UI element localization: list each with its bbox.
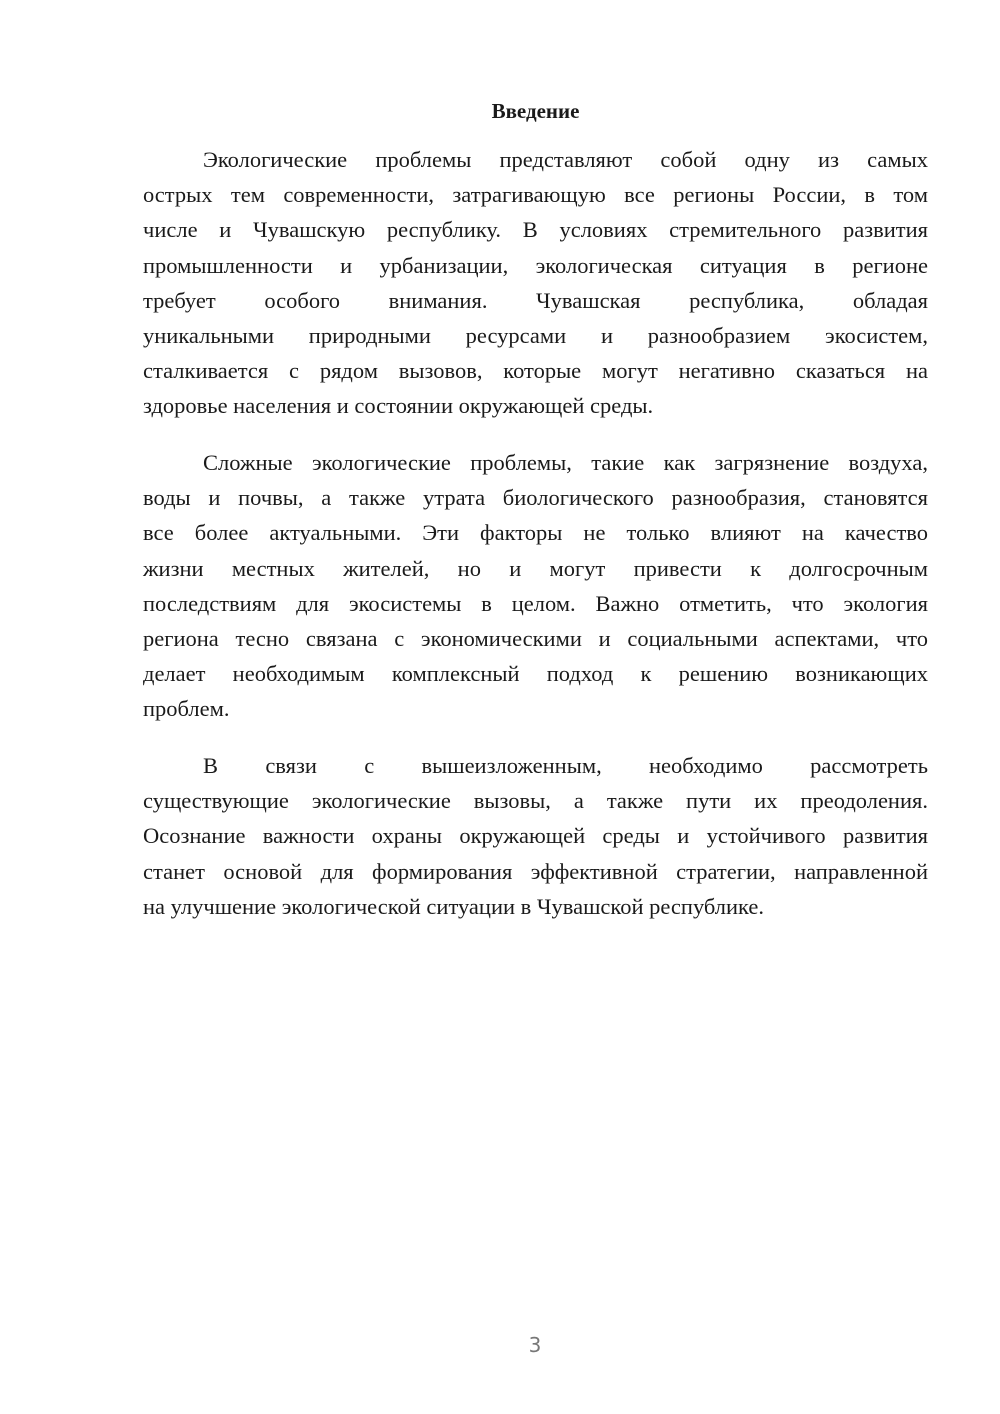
paragraph-line: все более актуальными. Эти факторы не то… bbox=[143, 515, 928, 550]
paragraph-2: Сложные экологические проблемы, такие ка… bbox=[143, 445, 928, 727]
paragraph-line: воды и почвы, а также утрата биологическ… bbox=[143, 480, 928, 515]
paragraph-line: на улучшение экологической ситуации в Чу… bbox=[143, 889, 928, 924]
paragraph-line: Осознание важности охраны окружающей сре… bbox=[143, 818, 928, 853]
paragraph-line: числе и Чувашскую республику. В условиях… bbox=[143, 212, 928, 247]
page-number: 3 bbox=[0, 1333, 1000, 1357]
paragraph-line: проблем. bbox=[143, 691, 928, 726]
paragraph-line: острых тем современности, затрагивающую … bbox=[143, 177, 928, 212]
paragraph-line: промышленности и урбанизации, экологичес… bbox=[143, 248, 928, 283]
paragraph-line: Экологические проблемы представляют собо… bbox=[143, 142, 928, 177]
paragraph-line: существующие экологические вызовы, а так… bbox=[143, 783, 928, 818]
paragraph-line: здоровье населения и состоянии окружающе… bbox=[143, 388, 928, 423]
paragraph-3: В связи с вышеизложенным, необходимо рас… bbox=[143, 748, 928, 924]
paragraph-1: Экологические проблемы представляют собо… bbox=[143, 142, 928, 424]
paragraph-line: В связи с вышеизложенным, необходимо рас… bbox=[143, 748, 928, 783]
paragraph-line: уникальными природными ресурсами и разно… bbox=[143, 318, 928, 353]
paragraph-line: требует особого внимания. Чувашская респ… bbox=[143, 283, 928, 318]
paragraph-line: делает необходимым комплексный подход к … bbox=[143, 656, 928, 691]
paragraph-line: жизни местных жителей, но и могут привес… bbox=[143, 551, 928, 586]
paragraph-line: последствиям для экосистемы в целом. Важ… bbox=[143, 586, 928, 621]
paragraph-line: региона тесно связана с экономическими и… bbox=[143, 621, 928, 656]
section-title: Введение bbox=[143, 97, 928, 125]
document-page: Введение Экологические проблемы представ… bbox=[0, 0, 1000, 1414]
paragraph-line: Сложные экологические проблемы, такие ка… bbox=[143, 445, 928, 480]
paragraph-line: станет основой для формирования эффектив… bbox=[143, 854, 928, 889]
paragraph-line: сталкивается с рядом вызовов, которые мо… bbox=[143, 353, 928, 388]
